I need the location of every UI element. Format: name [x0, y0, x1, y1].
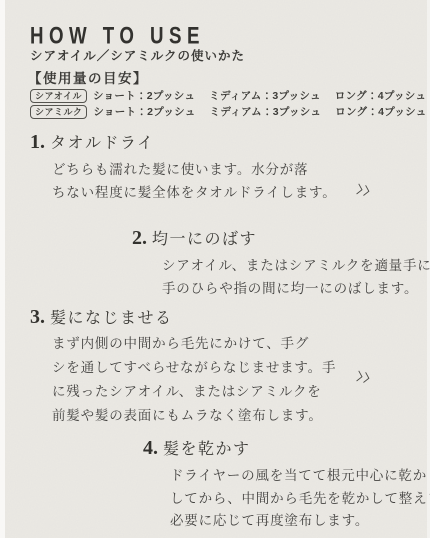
step-line: 前髪や髪の表面にもムラなく塗布します。	[52, 404, 336, 428]
step-title: 均一にのばす	[152, 226, 257, 249]
step-line: に残ったシアオイル、またはシアミルクを	[52, 380, 336, 404]
usage-medium: ミディアム：3プッシュ	[210, 104, 322, 119]
step-line: シを通してすべらせながらなじませます。手	[52, 356, 336, 380]
step-line: してから、中間から毛先を乾かして整えます。	[170, 488, 430, 511]
step-title: 髪を乾かす	[163, 436, 251, 459]
step-description: どちらも濡れた髪に使います。水分が落 ちない程度に髪全体をタオルドライします。	[52, 159, 337, 204]
usage-row-shea-milk: シアミルク ショート：2プッシュ ミディアム：3プッシュ ロング：4プッシュ	[30, 104, 427, 119]
step-number: 3.	[30, 306, 45, 329]
usage-amount-heading: 【使用量の目安】	[28, 67, 148, 87]
step-heading: 1. タオルドライ	[30, 130, 337, 154]
step-line: 必要に応じて再度塗布します。	[170, 510, 430, 533]
step-description: シアオイル、またはシアミルクを適量手にとり、 手のひらや指の間に均一にのばします…	[162, 255, 430, 300]
step-2-spread-evenly: 2. 均一にのばす シアオイル、またはシアミルクを適量手にとり、 手のひらや指の…	[132, 226, 430, 300]
step-title: 髪になじませる	[50, 305, 173, 328]
step-line: シアオイル、またはシアミルクを適量手にとり、	[162, 255, 430, 278]
flow-double-chevron-icon: 〉〉	[356, 368, 378, 388]
step-heading: 2. 均一にのばす	[132, 226, 430, 250]
product-badge-shea-milk: シアミルク	[30, 105, 87, 119]
usage-short: ショート：2プッシュ	[93, 88, 195, 103]
step-title: タオルドライ	[50, 130, 155, 153]
step-number: 4.	[143, 437, 158, 460]
usage-amount-table: シアオイル ショート：2プッシュ ミディアム：3プッシュ ロング：4プッシュ シ…	[30, 88, 427, 120]
usage-long: ロング：4プッシュ	[335, 88, 426, 103]
how-to-use-panel: HOW TO USE シアオイル／シアミルクの使いかた 【使用量の目安】 シアオ…	[0, 0, 430, 538]
usage-medium: ミディアム：3プッシュ	[209, 88, 321, 103]
usage-row-shea-oil: シアオイル ショート：2プッシュ ミディアム：3プッシュ ロング：4プッシュ	[30, 88, 427, 103]
step-line: 手のひらや指の間に均一にのばします。	[162, 278, 430, 301]
page-subtitle: シアオイル／シアミルクの使いかた	[30, 46, 245, 64]
step-heading: 4. 髪を乾かす	[143, 436, 430, 460]
flow-double-chevron-icon: 〉〉	[356, 181, 378, 201]
step-number: 1.	[30, 131, 45, 154]
usage-long: ロング：4プッシュ	[335, 104, 426, 119]
step-4-dry-hair: 4. 髪を乾かす ドライヤーの風を当てて根元中心に乾か してから、中間から毛先を…	[143, 436, 430, 533]
step-1-towel-dry: 1. タオルドライ どちらも濡れた髪に使います。水分が落 ちない程度に髪全体をタ…	[30, 130, 337, 204]
step-line: まず内側の中間から毛先にかけて、手グ	[52, 332, 336, 356]
usage-short: ショート：2プッシュ	[93, 104, 195, 119]
step-3-blend-into-hair: 3. 髪になじませる まず内側の中間から毛先にかけて、手グ シを通してすべらせな…	[30, 305, 336, 428]
step-number: 2.	[132, 227, 147, 250]
product-badge-shea-oil: シアオイル	[30, 89, 87, 103]
step-line: ドライヤーの風を当てて根元中心に乾か	[170, 465, 430, 488]
step-description: ドライヤーの風を当てて根元中心に乾か してから、中間から毛先を乾かして整えます。…	[170, 465, 430, 533]
step-line: どちらも濡れた髪に使います。水分が落	[52, 159, 337, 182]
step-description: まず内側の中間から毛先にかけて、手グ シを通してすべらせながらなじませます。手 …	[52, 332, 336, 428]
left-edge-highlight	[0, 0, 5, 538]
step-line: ちない程度に髪全体をタオルドライします。	[52, 182, 337, 205]
step-heading: 3. 髪になじませる	[30, 305, 336, 329]
